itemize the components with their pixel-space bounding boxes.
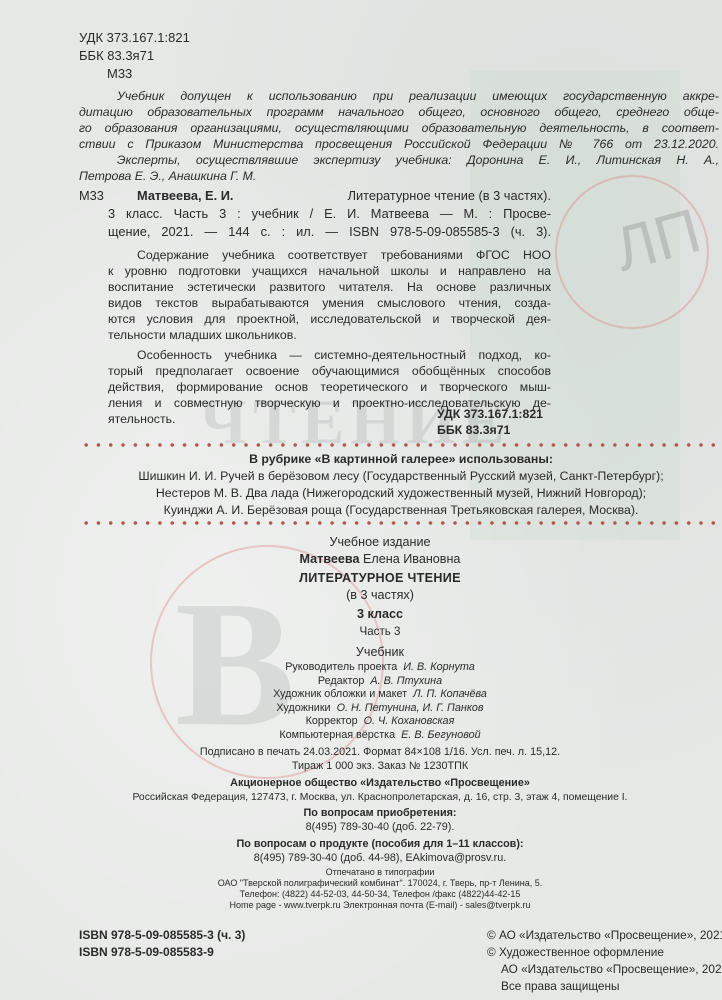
approval-line-3: го образования организациями, осуществля… [79, 120, 719, 136]
annotation-p2-line-3: действия, формирование основ теоретическ… [108, 379, 551, 395]
author-mark: М33 [107, 66, 132, 82]
annotation-p1-line-2: к уровню подготовки учащихся начальной ш… [108, 263, 551, 279]
approval-line-4: ствии с Приказом Министерства просвещени… [79, 136, 719, 152]
print-info-line-2: Тираж 1 000 экз. Заказ № 1230ТПК [100, 760, 660, 774]
credit-role: Корректор [306, 715, 358, 727]
bib-line-1: Матвеева, Е. И. Литературное чтение (в 3… [137, 188, 551, 204]
credit-name: А. В. Птухина [370, 675, 442, 687]
annotation-p2-line-5: ятельность. [108, 411, 175, 427]
product-contact: 8(495) 789-30-40 (доб. 44-98), EAkimova@… [100, 852, 660, 866]
credit-name: О. Н. Петунина, И. Г. Панков [337, 702, 484, 714]
approval-line-2: дитацию образовательных программ начальн… [79, 104, 719, 120]
imprint-block: Учебное издание Матвеева Елена Ивановна … [150, 534, 610, 661]
udk-code: УДК 373.167.1:821 [79, 30, 190, 46]
annotation-p2-line-2: торый предполагает освоение обучающимися… [108, 363, 551, 379]
bib-line-2: 3 класс. Часть 3 : учебник / Е. И. Матве… [108, 206, 551, 222]
credits-block: Руководитель проекта И. В. Корнута Редак… [150, 661, 610, 743]
bib-mark: М33 [79, 188, 104, 204]
book-parts: (в 3 частях) [150, 587, 610, 604]
book-part: Часть 3 [150, 623, 610, 640]
copyright-line-4: Все права защищены [501, 978, 619, 994]
credit-name: Л. П. Копачёва [413, 688, 487, 700]
print-info-line-1: Подписано в печать 24.03.2021. Формат 84… [100, 746, 660, 760]
annotation-p1-line-6: тельности младших школьников. [108, 327, 297, 343]
printer-line-2: ОАО "Тверской полиграфический комбинат".… [150, 878, 610, 890]
edition-type: Учебное издание [150, 534, 610, 551]
credit-artists: Художники О. Н. Петунина, И. Г. Панков [150, 702, 610, 716]
author-full: Матвеева Елена Ивановна [150, 551, 610, 568]
annotation-p1-line-1: Содержание учебника соответствует требов… [137, 247, 551, 263]
author-surname: Матвеева [300, 552, 360, 566]
gallery-item-3: Куинджи А. И. Берёзовая роща (Государств… [80, 502, 722, 518]
purchase-phone: 8(495) 789-30-40 (доб. 22-79). [100, 821, 660, 835]
credit-role: Редактор [318, 675, 364, 687]
printer-line-4: Home page - www.tverpk.ru Электронная по… [150, 900, 610, 912]
purchase-label: По вопросам приобретения: [100, 807, 660, 821]
copyright-line-2: © Художественное оформление [487, 944, 664, 960]
product-label: По вопросам о продукте (пособия для 1–11… [100, 838, 660, 852]
bbk-code: ББК 83.3я71 [79, 48, 154, 64]
gallery-item-2: Нестеров М. В. Два лада (Нижегородский х… [80, 485, 722, 501]
bib-title: Литературное чтение (в 3 частях). [348, 188, 551, 204]
publisher-address: Российская Федерация, 127473, г. Москва,… [60, 791, 700, 805]
dotted-divider-top [80, 442, 722, 448]
book-kind: Учебник [150, 644, 610, 661]
credit-project-lead: Руководитель проекта И. В. Корнута [150, 661, 610, 675]
isbn-set: ISBN 978-5-09-085583-9 [79, 944, 214, 960]
credit-editor: Редактор А. В. Птухина [150, 675, 610, 689]
isbn-part: ISBN 978-5-09-085585-3 (ч. 3) [79, 927, 245, 943]
credit-role: Художник обложки и макет [273, 688, 407, 700]
annotation-p1-line-5: ются условия для проектной, исследовател… [108, 311, 551, 327]
credit-proofreader: Корректор О. Ч. Кохановская [150, 715, 610, 729]
approval-line-1: Учебник допущен к использованию при реал… [117, 88, 719, 104]
copyright-line-1: © АО «Издательство «Просвещение», 2021 [487, 927, 722, 943]
gallery-item-1: Шишкин И. И. Ручей в берёзовом лесу (Гос… [80, 468, 722, 484]
experts-line-1: Эксперты, осуществлявшие экспертизу учеб… [117, 152, 719, 168]
printer-line-3: Телефон: (4822) 44-52-03, 44-50-34, Теле… [150, 889, 610, 901]
credit-name: Е. В. Бегуновой [401, 729, 481, 741]
bib-author: Матвеева, Е. И. [137, 188, 233, 204]
credit-role: Компьютерная вёрстка [279, 729, 395, 741]
dotted-divider-bottom [80, 520, 722, 526]
printer-line-1: Отпечатано в типографии [150, 867, 610, 879]
gallery-title: В рубрике «В картинной галерее» использо… [80, 451, 722, 467]
book-title: ЛИТЕРАТУРНОЕ ЧТЕНИЕ [150, 570, 610, 587]
credit-layout: Компьютерная вёрстка Е. В. Бегуновой [150, 729, 610, 743]
credit-role: Руководитель проекта [285, 661, 397, 673]
credit-cover-artist: Художник обложки и макет Л. П. Копачёва [150, 688, 610, 702]
author-names: Елена Ивановна [363, 552, 460, 566]
credit-role: Художники [276, 702, 330, 714]
experts-line-2: Петрова Е. Э., Анашкина Г. М. [79, 168, 256, 184]
annotation-p1-line-3: воспитание эстетически развитого читател… [108, 279, 551, 295]
annotation-udk: УДК 373.167.1:821 [437, 406, 543, 422]
annotation-bbk: ББК 83.3я71 [437, 422, 510, 438]
annotation-p2-line-1: Особенность учебника — системно-деятельн… [137, 347, 551, 363]
book-grade: 3 класс [150, 606, 610, 623]
credit-name: И. В. Корнута [403, 661, 475, 673]
annotation-p1-line-4: видов текстов вырабатываются умения смыс… [108, 295, 551, 311]
publisher-name: Акционерное общество «Издательство «Прос… [100, 777, 660, 791]
bib-line-3: щение, 2021. — 144 с. : ил. — ISBN 978-5… [108, 224, 551, 240]
credit-name: О. Ч. Кохановская [364, 715, 455, 727]
copyright-line-3: АО «Издательство «Просвещение», 2021 [501, 961, 722, 977]
